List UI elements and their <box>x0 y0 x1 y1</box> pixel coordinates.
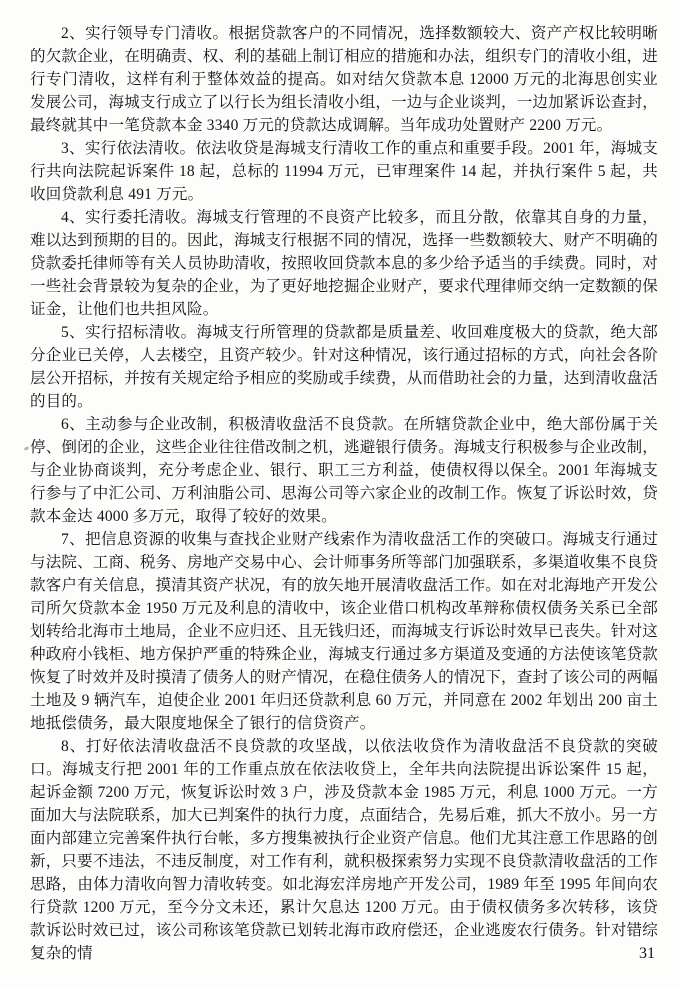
paragraph-3-legal-collection: 3、实行依法清收。依法收贷是海城支行清收工作的重点和重要手段。2001 年，海城… <box>30 137 658 206</box>
paragraph-8-legal-battle: 8、打好依法清收盘活不良贷款的攻坚战，以依法收贷作为清收盘活不良贷款的突破口。海… <box>30 735 658 965</box>
paragraph-6-enterprise-restructuring: 6、主动参与企业改制，积极清收盘活不良贷款。在所辖贷款企业中，绝大部份属于关停、… <box>30 413 658 528</box>
paragraph-4-entrusted-collection: 4、实行委托清收。海城支行管理的不良资产比较多，而且分散，依靠其自身的力量，难以… <box>30 206 658 321</box>
scan-speck-artifact <box>24 446 30 451</box>
paragraph-5-bidding-collection: 5、实行招标清收。海城支行所管理的贷款都是质量差、收回难度极大的贷款，绝大部分企… <box>30 321 658 413</box>
page-number: 31 <box>639 945 655 963</box>
paragraph-2-leadership-collection: 2、实行领导专门清收。根据贷款客户的不同情况，选择数额较大、资产产权比较明晰的欠… <box>30 22 658 137</box>
paragraph-7-information-resources: 7、把信息资源的收集与查找企业财产线索作为清收盘活工作的突破口。海城支行通过与法… <box>30 528 658 735</box>
text-body: 2、实行领导专门清收。根据贷款客户的不同情况，选择数额较大、资产产权比较明晰的欠… <box>30 22 658 965</box>
document-page: 2、实行领导专门清收。根据贷款客户的不同情况，选择数额较大、资产产权比较明晰的欠… <box>0 0 681 987</box>
